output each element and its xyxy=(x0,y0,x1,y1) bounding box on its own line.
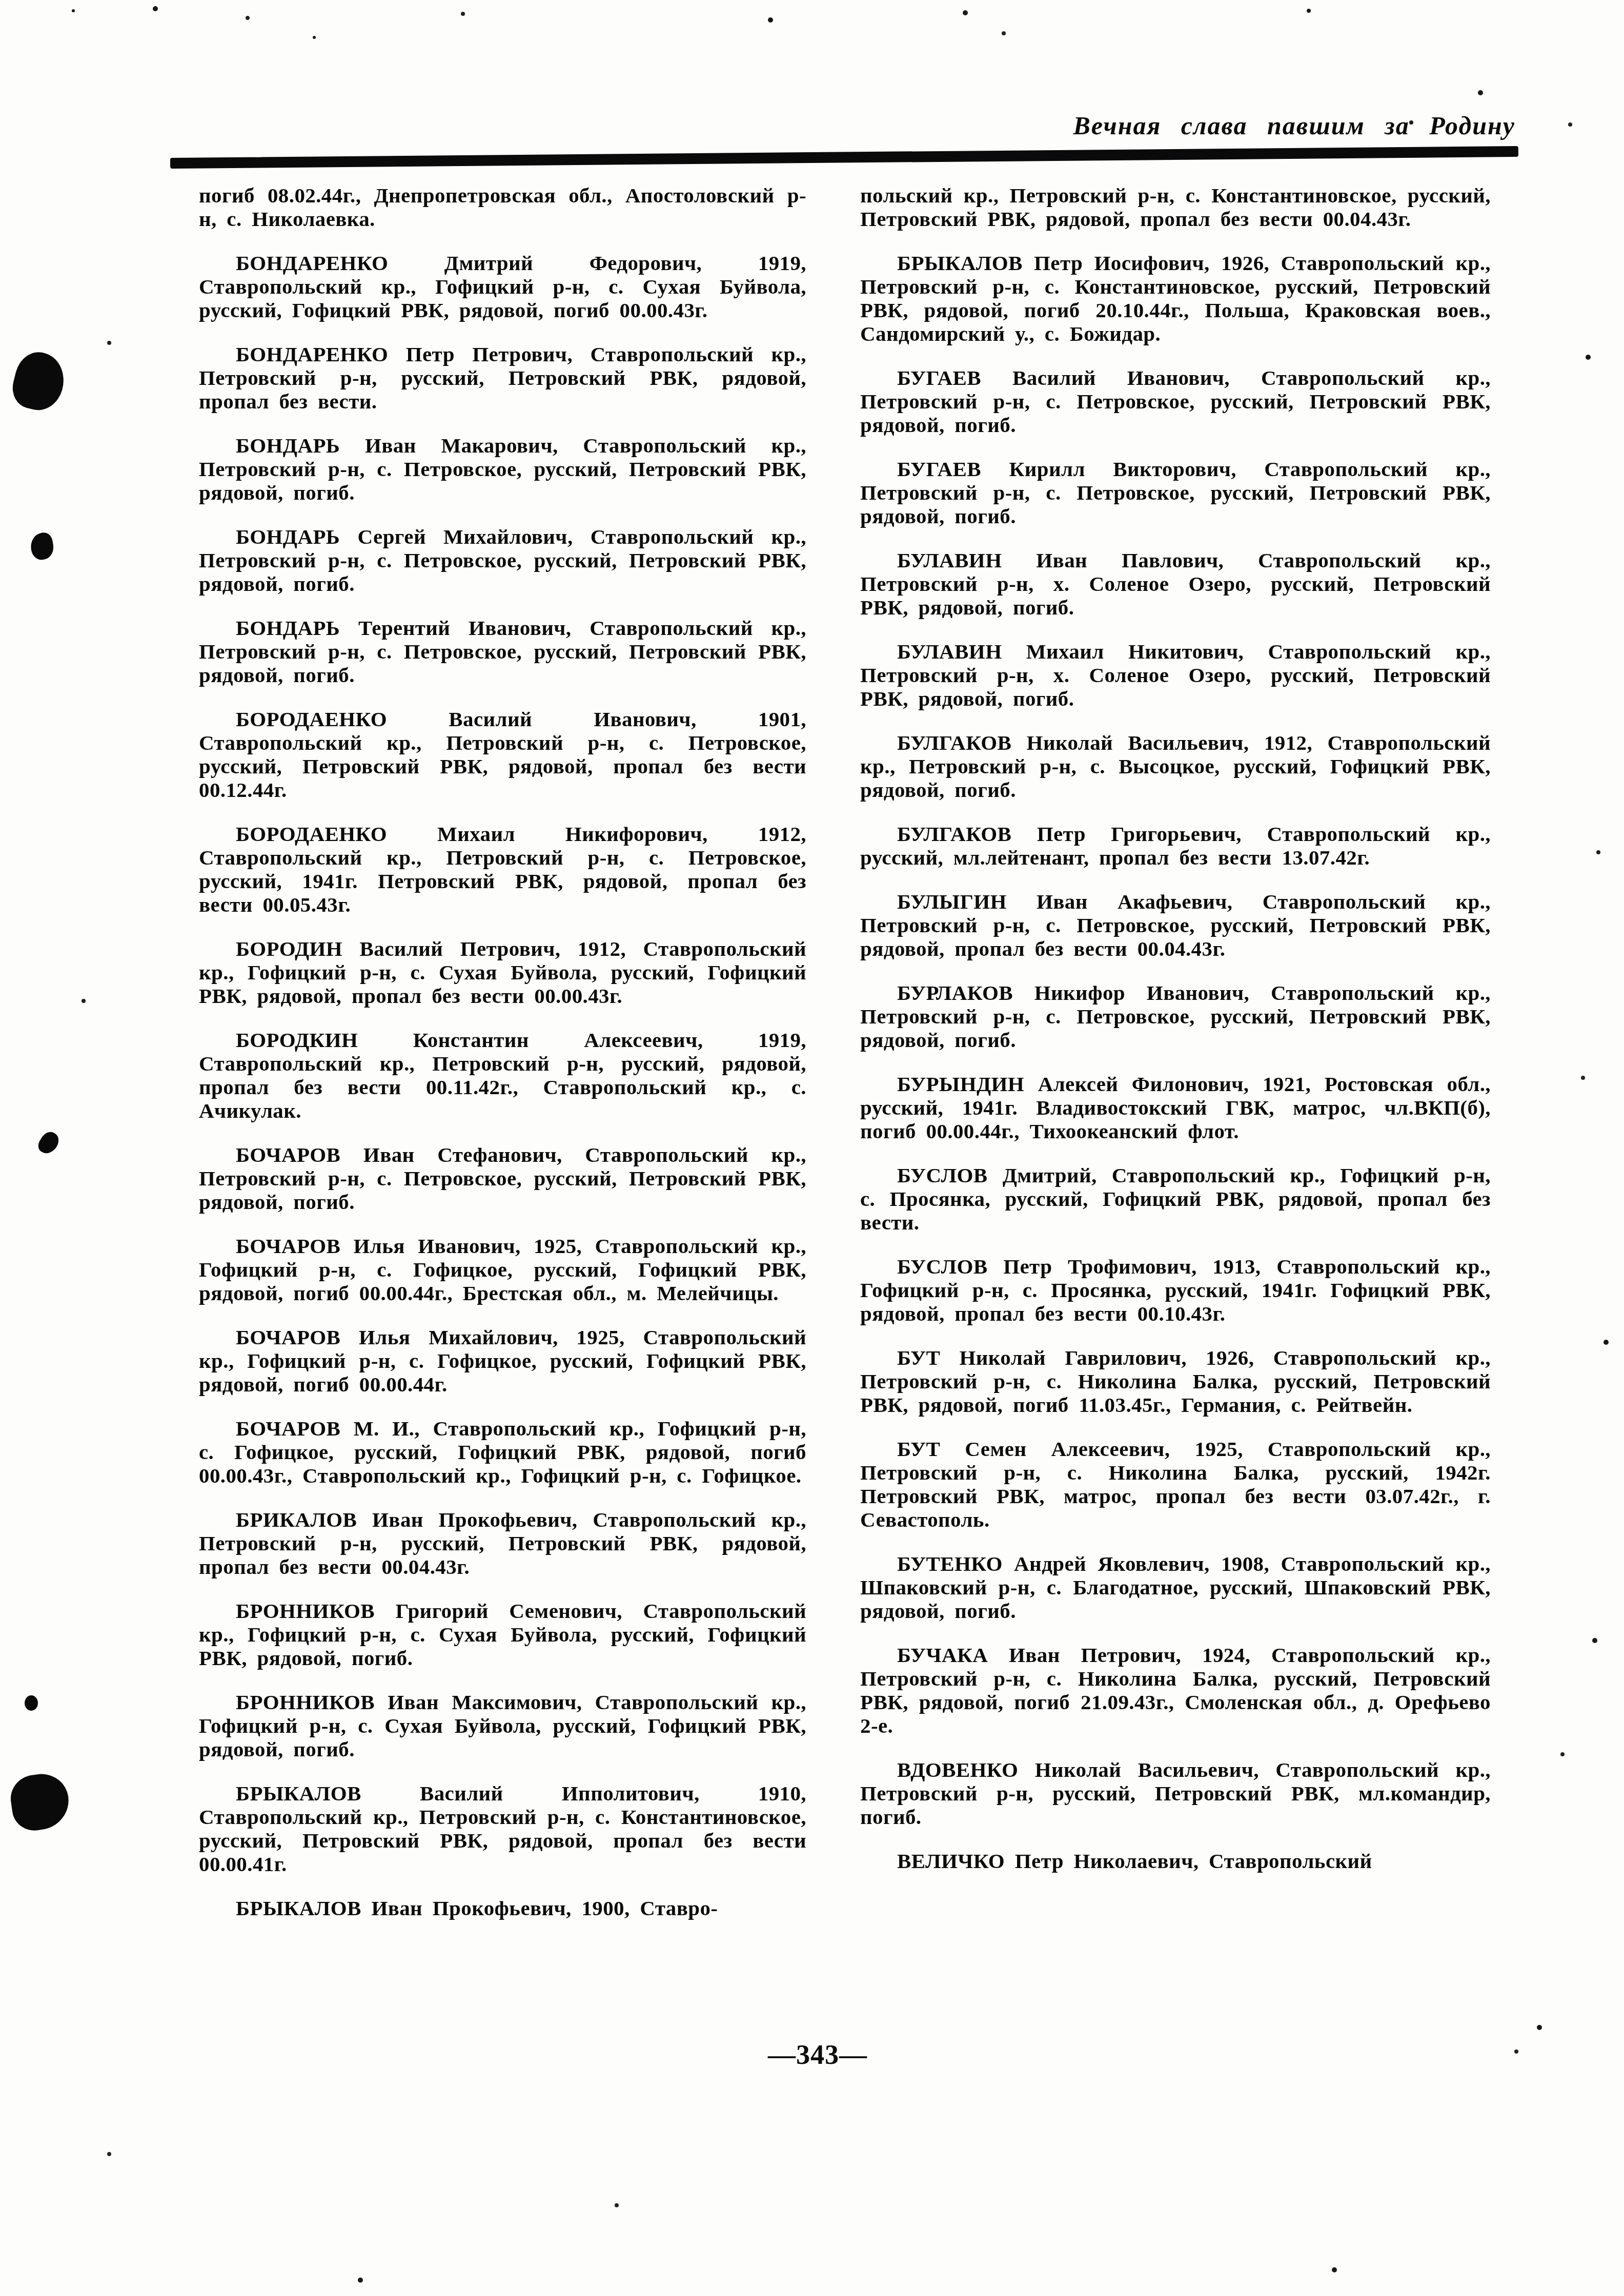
scanned-memorial-page: Вечная слава павшим за Родину погиб 08.0… xyxy=(0,0,1624,2296)
memorial-entry: БОРОДКИН Константин Алексеевич, 1919, Ст… xyxy=(199,1028,806,1122)
memorial-entry: БОЧАРОВ М. И., Ставропольский кр., Гофиц… xyxy=(199,1417,806,1487)
memorial-entry: БУЛГАКОВ Николай Васильевич, 1912, Ставр… xyxy=(860,731,1491,802)
memorial-entry: БУЛГАКОВ Петр Григорьевич, Ставропольски… xyxy=(860,822,1491,869)
ink-blob xyxy=(8,347,70,415)
memorial-entry: БРОННИКОВ Иван Максимович, Ставропольски… xyxy=(199,1690,806,1761)
memorial-entry: БРЫКАЛОВ Иван Прокофьевич, 1900, Ставро- xyxy=(199,1896,806,1920)
memorial-entry: БУЛЫГИН Иван Акафьевич, Ставропольский к… xyxy=(860,890,1491,960)
memorial-entry: БРОННИКОВ Григорий Семенович, Ставрополь… xyxy=(199,1599,806,1670)
memorial-entry: БОЧАРОВ Иван Стефанович, Ставропольский … xyxy=(199,1143,806,1214)
memorial-entry: БУРЫНДИН Алексей Филонович, 1921, Ростов… xyxy=(860,1072,1491,1143)
memorial-entry: БУРЛАКОВ Никифор Иванович, Ставропольски… xyxy=(860,981,1491,1052)
page-title: Вечная слава павшим за Родину xyxy=(1073,111,1516,140)
memorial-entry: БОЧАРОВ Илья Иванович, 1925, Ставропольс… xyxy=(199,1234,806,1305)
ink-blob xyxy=(8,1771,72,1834)
memorial-entry: БУТ Николай Гаврилович, 1926, Ставрополь… xyxy=(860,1346,1491,1417)
memorial-entry: БОРОДАЕНКО Михаил Никифорович, 1912, Ста… xyxy=(199,822,806,916)
memorial-entry: БУТЕНКО Андрей Яковлевич, 1908, Ставропо… xyxy=(860,1552,1491,1623)
memorial-entry: польский кр., Петровский р-н, с. Констан… xyxy=(860,183,1491,231)
memorial-entry: БОРОДИН Василий Петрович, 1912, Ставропо… xyxy=(199,937,806,1008)
memorial-entry: БУСЛОВ Петр Трофимович, 1913, Ставрополь… xyxy=(860,1255,1491,1325)
right-column: польский кр., Петровский р-н, с. Констан… xyxy=(860,183,1491,1893)
left-column: погиб 08.02.44г., Днепропетровская обл.,… xyxy=(199,183,806,1940)
memorial-entry: БОНДАРЬ Иван Макарович, Ставропольский к… xyxy=(199,434,806,504)
ink-blob xyxy=(35,1129,62,1157)
memorial-entry: БУЛАВИН Михаил Никитович, Ставропольский… xyxy=(860,640,1491,710)
memorial-entry: БРЫКАЛОВ Василий Ипполитович, 1910, Став… xyxy=(199,1781,806,1876)
memorial-entry: БУСЛОВ Дмитрий, Ставропольский кр., Гофи… xyxy=(860,1163,1491,1234)
memorial-entry: БОНДАРЬ Сергей Михайлович, Ставропольски… xyxy=(199,525,806,596)
memorial-entry: БОНДАРЕНКО Дмитрий Федорович, 1919, Став… xyxy=(199,251,806,322)
page-number: —343— xyxy=(715,2039,920,2070)
memorial-entry: БУГАЕВ Василий Иванович, Ставропольский … xyxy=(860,366,1491,437)
memorial-entry: БОЧАРОВ Илья Михайлович, 1925, Ставропол… xyxy=(199,1325,806,1396)
header-rule xyxy=(170,146,1518,169)
memorial-entry: БОРОДАЕНКО Василий Иванович, 1901, Ставр… xyxy=(199,707,806,802)
memorial-entry: БОНДАРЕНКО Петр Петрович, Ставропольский… xyxy=(199,342,806,413)
ink-blob xyxy=(29,531,55,562)
memorial-entry: БУГАЕВ Кирилл Викторович, Ставропольский… xyxy=(860,457,1491,528)
memorial-entry: БУЛАВИН Иван Павлович, Ставропольский кр… xyxy=(860,548,1491,619)
memorial-entry: БОНДАРЬ Терентий Иванович, Ставропольски… xyxy=(199,616,806,687)
memorial-entry: БУЧАКА Иван Петрович, 1924, Ставропольск… xyxy=(860,1643,1491,1737)
memorial-entry: ВДОВЕНКО Николай Васильевич, Ставропольс… xyxy=(860,1758,1491,1829)
memorial-entry: ВЕЛИЧКО Петр Николаевич, Ставропольский xyxy=(860,1849,1491,1873)
memorial-entry: БУТ Семен Алексеевич, 1925, Ставропольск… xyxy=(860,1437,1491,1531)
memorial-entry: БРЫКАЛОВ Петр Иосифович, 1926, Ставропол… xyxy=(860,251,1491,345)
ink-blob xyxy=(25,1695,38,1711)
scan-noise-speckles xyxy=(72,9,75,12)
memorial-entry: БРИКАЛОВ Иван Прокофьевич, Ставропольски… xyxy=(199,1508,806,1578)
memorial-entry: погиб 08.02.44г., Днепропетровская обл.,… xyxy=(199,183,806,231)
